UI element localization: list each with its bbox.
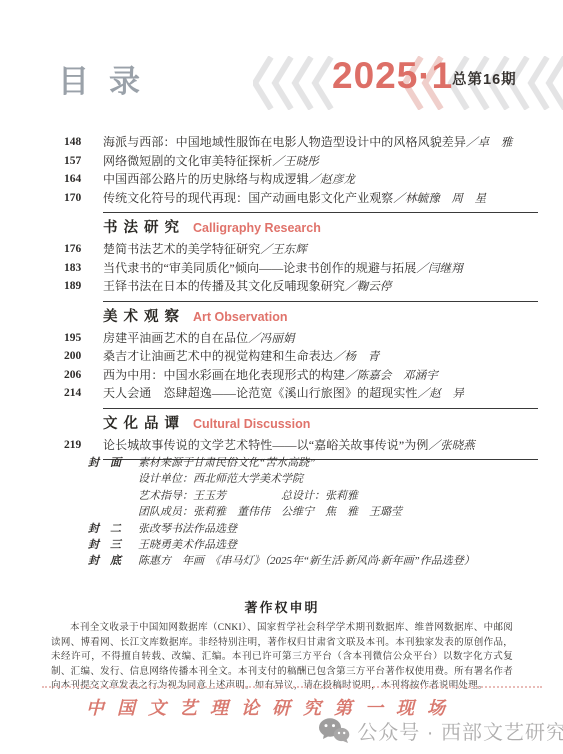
article-title: 传统文化符号的现代再现：国产动画电影文化产业观察／林毓豫 周 星 — [103, 190, 538, 209]
toc-item: 176楚简书法艺术的美学特征研究／王东辉 — [64, 241, 538, 260]
cover-label: 封 面 — [88, 455, 138, 521]
section-header: 书法研究Calligraphy Research — [103, 218, 538, 238]
article-title: 海派与西部：中国地域性服饰在电影人物造型设计中的风格风貌差异／卓 雅 — [103, 134, 538, 153]
article-authors: ／王晓彤 — [272, 156, 318, 168]
cover-line: 艺术指导：王玉芳 总设计：张莉雅 — [138, 488, 538, 504]
cover-lines: 王晓勇美术作品选登 — [138, 537, 538, 553]
article-title: 论长城故事传说的文学艺术特性——以“嘉峪关故事传说”为例／张晓燕 — [103, 437, 538, 456]
article-title-text: 桑吉才让油画艺术中的视觉构建和生命表达 — [103, 349, 333, 363]
article-page-number: 214 — [64, 385, 103, 404]
article-title: 王铎书法在日本的传播及其文化反哺现象研究／鞠云停 — [103, 278, 538, 297]
article-authors: ／卓 雅 — [466, 137, 512, 149]
cover-lines: 素材来源于甘肃民俗文化“苦水高跷”设计单位：西北师范大学美术学院艺术指导：王玉芳… — [138, 455, 538, 521]
article-title-text: 天人会通 恣肆超逸——论范宽《溪山行旅图》的超现实性 — [103, 386, 418, 400]
cover-line: 素材来源于甘肃民俗文化“苦水高跷” — [138, 455, 538, 471]
article-page-number: 148 — [64, 134, 103, 153]
group-divider — [103, 408, 538, 409]
page-title: 目录 — [58, 56, 160, 101]
section-header: 美术观察Art Observation — [103, 307, 538, 327]
article-page-number: 176 — [64, 241, 103, 260]
article-page-number: 189 — [64, 278, 103, 297]
toc-item: 183当代隶书的“审美同质化”倾向——论隶书创作的规避与拓展／闫继翔 — [64, 260, 538, 279]
copyright-block: 著作权申明 本刊全文收录于中国知网数据库（CNKI）、国家哲学社会科学学术期刊数… — [51, 597, 513, 694]
section-title-zh: 文化品谭 — [103, 416, 185, 432]
cover-info: 封 面素材来源于甘肃民俗文化“苦水高跷”设计单位：西北师范大学美术学院艺术指导：… — [88, 455, 538, 570]
toc-item: 189王铎书法在日本的传播及其文化反哺现象研究／鞠云停 — [64, 278, 538, 297]
toc-item: 206西为中用：中国水彩画在地化表现形式的构建／陈嘉会 邓涵宇 — [64, 367, 538, 386]
cover-line: 团队成员：张莉雅 董伟伟 公维宁 焦 雅 王璐莹 — [138, 504, 538, 520]
article-title: 房建平油画艺术的自在品位／冯丽娟 — [103, 330, 538, 349]
article-authors: ／赵彦龙 — [309, 174, 355, 186]
article-title-text: 传统文化符号的现代再现：国产动画电影文化产业观察 — [103, 191, 393, 205]
article-authors: ／赵 异 — [418, 388, 464, 400]
dotted-divider — [42, 686, 542, 688]
wechat-icon — [318, 717, 350, 744]
section-title-en: Cultural Discussion — [193, 417, 310, 431]
article-page-number: 183 — [64, 260, 103, 279]
article-title: 楚简书法艺术的美学特征研究／王东辉 — [103, 241, 538, 260]
copyright-title: 著作权申明 — [51, 597, 513, 616]
cover-row: 封 面素材来源于甘肃民俗文化“苦水高跷”设计单位：西北师范大学美术学院艺术指导：… — [88, 455, 538, 521]
cover-row: 封 二张改琴书法作品选登 — [88, 521, 538, 537]
toc-item: 219论长城故事传说的文学艺术特性——以“嘉峪关故事传说”为例／张晓燕 — [64, 437, 538, 456]
cover-lines: 张改琴书法作品选登 — [138, 521, 538, 537]
cover-line: 陈惠方 年画 《串马灯》（2025年“新生活·新风尚·新年画”作品选登） — [138, 553, 538, 569]
cover-lines: 陈惠方 年画 《串马灯》（2025年“新生活·新风尚·新年画”作品选登） — [138, 553, 538, 569]
article-title-text: 论长城故事传说的文学艺术特性——以“嘉峪关故事传说”为例 — [103, 438, 428, 452]
section-title-en: Calligraphy Research — [193, 221, 321, 235]
article-title: 桑吉才让油画艺术中的视觉构建和生命表达／杨 青 — [103, 348, 538, 367]
toc-item: 148海派与西部：中国地域性服饰在电影人物造型设计中的风格风貌差异／卓 雅 — [64, 134, 538, 153]
toc-item: 164中国西部公路片的历史脉络与构成逻辑／赵彦龙 — [64, 171, 538, 190]
article-authors: ／闫继翔 — [416, 263, 462, 275]
toc-item: 214天人会通 恣肆超逸——论范宽《溪山行旅图》的超现实性／赵 异 — [64, 385, 538, 404]
toc-item: 157网络微短剧的文化审美特征探析／王晓彤 — [64, 153, 538, 172]
issue-number: 2025·1 — [332, 55, 453, 97]
cover-row: 封 底陈惠方 年画 《串马灯》（2025年“新生活·新风尚·新年画”作品选登） — [88, 553, 538, 569]
article-title: 网络微短剧的文化审美特征探析／王晓彤 — [103, 153, 538, 172]
article-title: 中国西部公路片的历史脉络与构成逻辑／赵彦龙 — [103, 171, 538, 190]
article-title-text: 中国西部公路片的历史脉络与构成逻辑 — [103, 172, 309, 186]
toc-list: 148海派与西部：中国地域性服饰在电影人物造型设计中的风格风貌差异／卓 雅157… — [64, 134, 538, 465]
article-title: 天人会通 恣肆超逸——论范宽《溪山行旅图》的超现实性／赵 异 — [103, 385, 538, 404]
cover-line: 王晓勇美术作品选登 — [138, 537, 538, 553]
article-page-number: 206 — [64, 367, 103, 386]
article-authors: ／杨 青 — [333, 351, 379, 363]
cover-row: 封 三王晓勇美术作品选登 — [88, 537, 538, 553]
article-page-number: 170 — [64, 190, 103, 209]
article-title-text: 楚简书法艺术的美学特征研究 — [103, 242, 260, 256]
toc-item: 200桑吉才让油画艺术中的视觉构建和生命表达／杨 青 — [64, 348, 538, 367]
cover-line: 张改琴书法作品选登 — [138, 521, 538, 537]
section-title-en: Art Observation — [193, 310, 287, 324]
article-title-text: 当代隶书的“审美同质化”倾向——论隶书创作的规避与拓展 — [103, 261, 416, 275]
section-title-zh: 美术观察 — [103, 309, 185, 325]
section-header: 文化品谭Cultural Discussion — [103, 414, 538, 434]
cover-label: 封 底 — [88, 553, 138, 569]
wechat-account-row: 公众号 · 西部文艺研究 — [318, 716, 563, 745]
group-divider — [103, 212, 538, 213]
article-page-number: 157 — [64, 153, 103, 172]
group-divider — [103, 301, 538, 302]
article-title-text: 网络微短剧的文化审美特征探析 — [103, 154, 272, 168]
toc-item: 195房建平油画艺术的自在品位／冯丽娟 — [64, 330, 538, 349]
wechat-account-label: 公众号 · 西部文艺研究 — [357, 716, 563, 745]
cover-label: 封 二 — [88, 521, 138, 537]
issue-total-label: 总第16期 — [452, 68, 517, 89]
article-title: 当代隶书的“审美同质化”倾向——论隶书创作的规避与拓展／闫继翔 — [103, 260, 538, 279]
article-title: 西为中用：中国水彩画在地化表现形式的构建／陈嘉会 邓涵宇 — [103, 367, 538, 386]
section-title-zh: 书法研究 — [103, 220, 185, 236]
article-title-text: 王铎书法在日本的传播及其文化反哺现象研究 — [103, 279, 345, 293]
article-page-number: 219 — [64, 437, 103, 456]
cover-line: 设计单位：西北师范大学美术学院 — [138, 471, 538, 487]
article-page-number: 164 — [64, 171, 103, 190]
toc-item: 170传统文化符号的现代再现：国产动画电影文化产业观察／林毓豫 周 星 — [64, 190, 538, 209]
article-title-text: 西为中用：中国水彩画在地化表现形式的构建 — [103, 368, 345, 382]
article-authors: ／张晓燕 — [428, 440, 474, 452]
cover-label: 封 三 — [88, 537, 138, 553]
article-authors: ／王东辉 — [260, 244, 306, 256]
article-title-text: 房建平油画艺术的自在品位 — [103, 331, 248, 345]
article-title-text: 海派与西部：中国地域性服饰在电影人物造型设计中的风格风貌差异 — [103, 135, 466, 149]
article-authors: ／林毓豫 周 星 — [393, 193, 486, 205]
article-page-number: 200 — [64, 348, 103, 367]
journal-toc-page: 目录 2025·1 总第16期 148海派与西部：中国地域性服饰在电影人物造型设… — [0, 0, 563, 754]
article-authors: ／陈嘉会 邓涵宇 — [345, 370, 438, 382]
article-page-number: 195 — [64, 330, 103, 349]
article-authors: ／冯丽娟 — [248, 333, 294, 345]
copyright-body: 本刊全文收录于中国知网数据库（CNKI）、国家哲学社会科学学术期刊数据库、维普网… — [51, 621, 513, 694]
article-authors: ／鞠云停 — [345, 281, 391, 293]
